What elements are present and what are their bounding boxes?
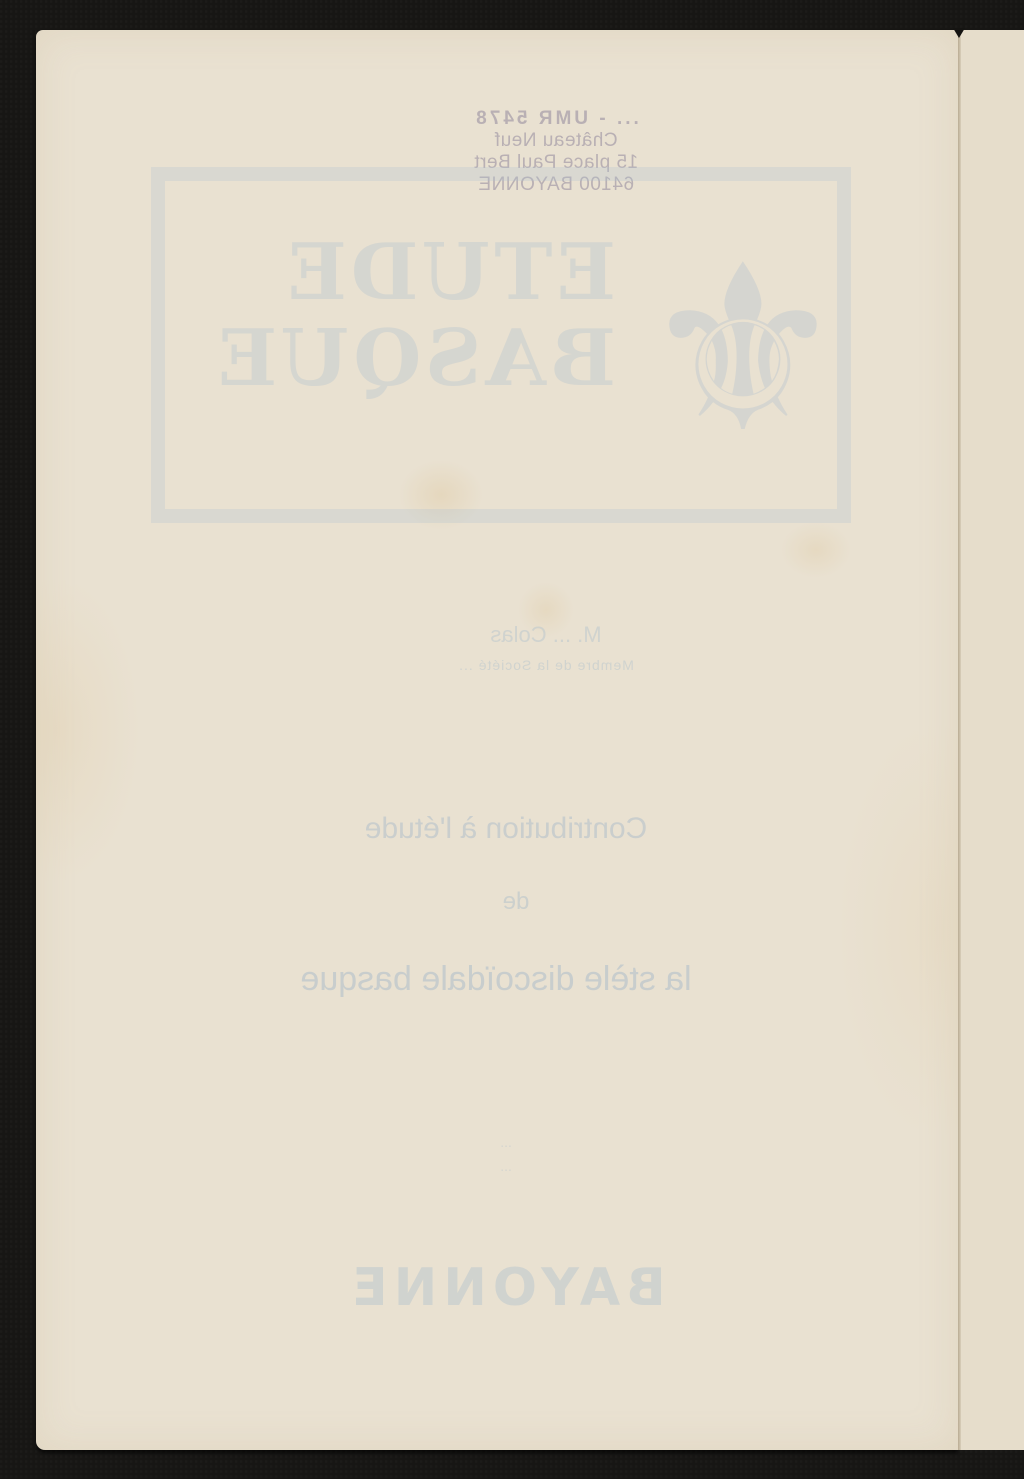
author-subtitle: Membre de la Société ... bbox=[336, 650, 756, 680]
publisher-line-2: ... bbox=[256, 1154, 756, 1178]
booklet-page: ... - UMR 5478 Château Neuf 15 place Pau… bbox=[36, 30, 958, 1450]
title-line-1: Contribution à l'étude bbox=[256, 812, 756, 846]
spine-notch bbox=[953, 28, 965, 38]
stamp-line-2: Château Neuf bbox=[376, 130, 736, 152]
cover-title-line-1: ETUDE bbox=[196, 230, 616, 316]
publisher-line-1: ... bbox=[256, 1130, 756, 1154]
author-bleed: M. ... Colas Membre de la Société ... bbox=[336, 620, 756, 680]
cover-title-line-2: BASQUE bbox=[196, 316, 616, 402]
title-line-2: de bbox=[456, 888, 576, 916]
scan-background: ... - UMR 5478 Château Neuf 15 place Pau… bbox=[0, 0, 1024, 1479]
city-bleed: BAYONNE bbox=[126, 1258, 886, 1318]
cover-title-bleed: ETUDE BASQUE bbox=[196, 230, 616, 402]
publisher-bleed: ... ... bbox=[256, 1130, 756, 1178]
author-name: M. ... Colas bbox=[336, 620, 756, 650]
stamp-line-1: ... - UMR 5478 bbox=[376, 108, 736, 130]
facing-page-edge bbox=[961, 30, 1024, 1450]
fleur-de-lis-icon: ⚜ bbox=[646, 210, 846, 490]
title-line-3: la stèle discoïdale basque bbox=[216, 960, 776, 999]
